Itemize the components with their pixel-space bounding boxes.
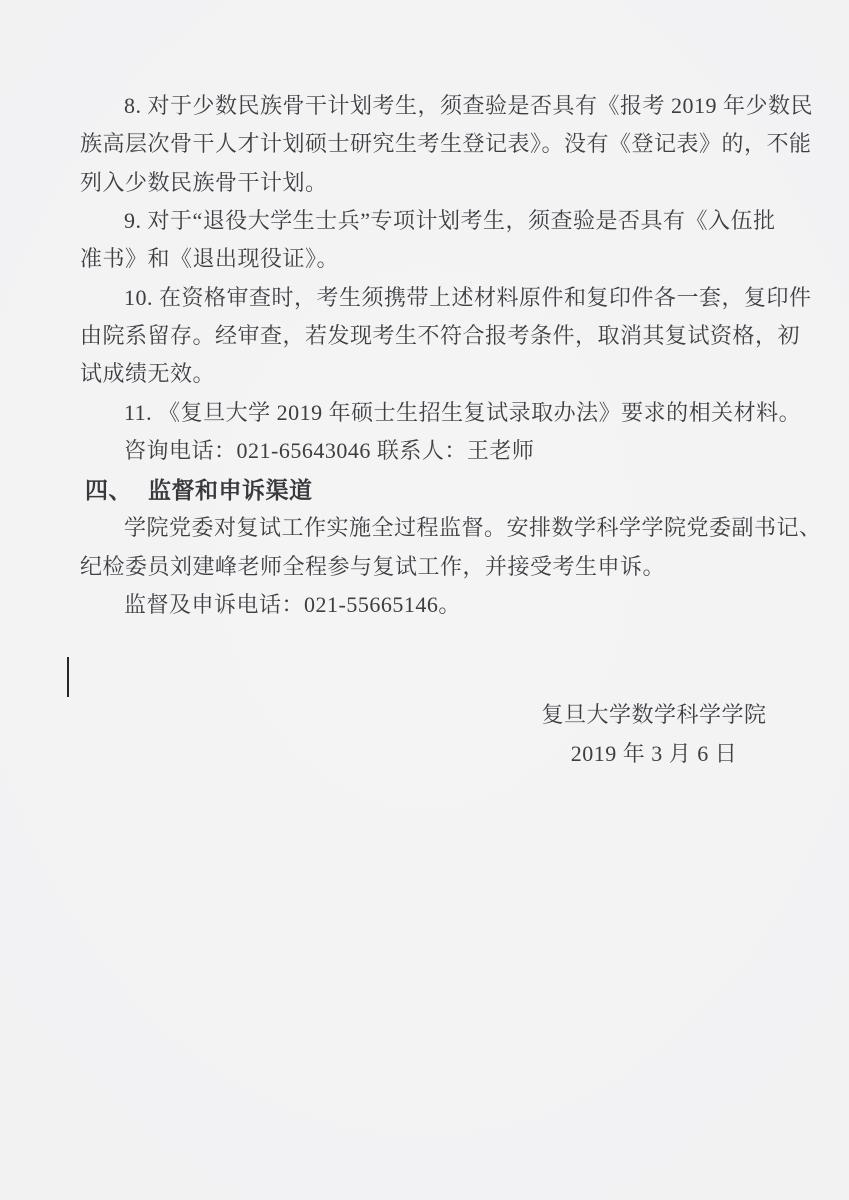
contact-line: 咨询电话：021-65643046 联系人：王老师 xyxy=(80,432,772,470)
signature-date: 2019 年 3 月 6 日 xyxy=(538,734,770,773)
document-line: 10. 在资格审查时，考生须携带上述材料原件和复印件各一套，复印件 xyxy=(80,279,772,317)
document-line: 学院党委对复试工作实施全过程监督。安排数学科学学院党委副书记、 xyxy=(80,509,772,547)
signature-organization: 复旦大学数学科学学院 xyxy=(538,695,770,734)
document-line: 准书》和《退出现役证》。 xyxy=(80,240,772,278)
document-line: 11. 《复旦大学 2019 年硕士生招生复试录取办法》要求的相关材料。 xyxy=(80,394,772,432)
document-page: 8. 对于少数民族骨干计划考生，须查验是否具有《报考 2019 年少数民 族高层… xyxy=(0,0,849,1200)
document-line: 9. 对于“退役大学生士兵”专项计划考生，须查验是否具有《入伍批 xyxy=(80,202,772,240)
document-line: 纪检委员刘建峰老师全程参与复试工作，并接受考生申诉。 xyxy=(80,548,772,586)
stray-cursor-mark xyxy=(67,657,69,697)
document-line: 族高层次骨干人才计划硕士研究生考生登记表》。没有《登记表》的，不能 xyxy=(80,125,772,163)
section-number: 四、 xyxy=(85,477,132,503)
signature-block: 复旦大学数学科学学院 2019 年 3 月 6 日 xyxy=(538,695,770,773)
document-line: 8. 对于少数民族骨干计划考生，须查验是否具有《报考 2019 年少数民 xyxy=(80,87,772,125)
document-line: 由院系留存。经审查，若发现考生不符合报考条件，取消其复试资格，初 xyxy=(80,317,772,355)
document-line: 列入少数民族骨干计划。 xyxy=(80,164,772,202)
document-line: 试成绩无效。 xyxy=(80,355,772,393)
section-heading: 四、监督和申诉渠道 xyxy=(85,471,777,509)
supervision-phone-line: 监督及申诉电话：021-55665146。 xyxy=(80,586,772,624)
section-title: 监督和申诉渠道 xyxy=(148,477,313,503)
